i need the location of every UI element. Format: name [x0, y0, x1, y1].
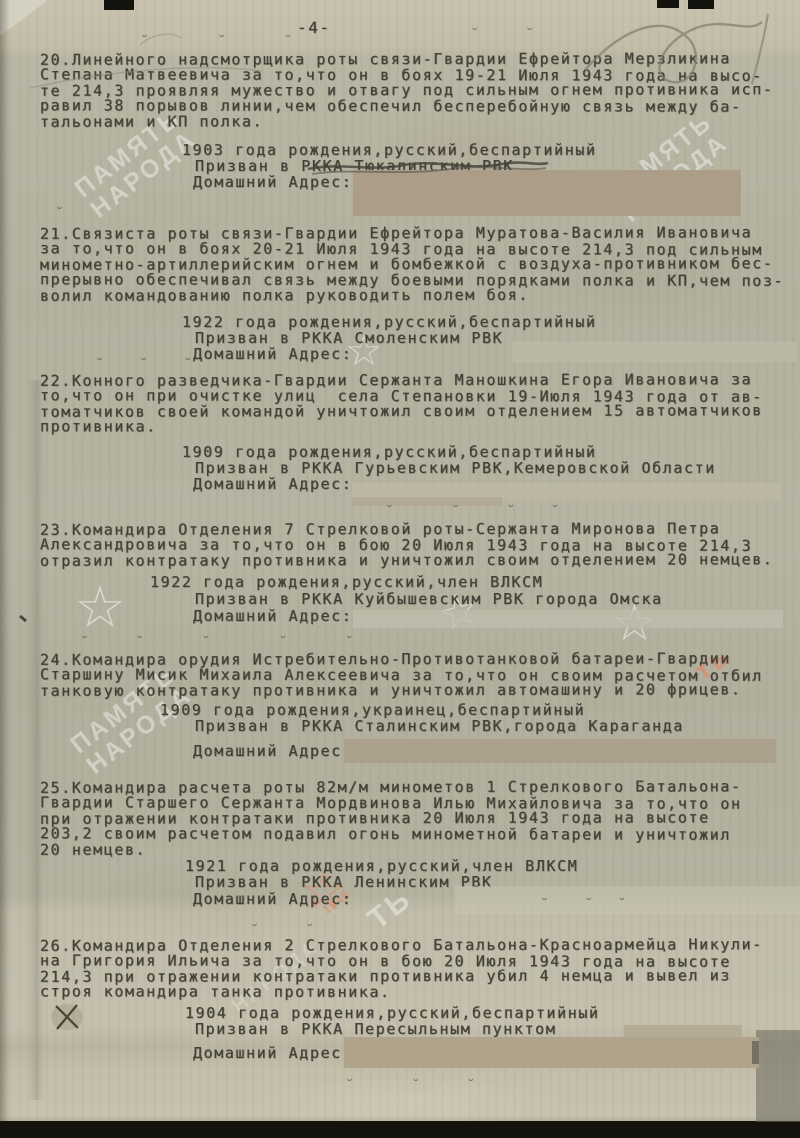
- entry-line: тальонами и КП полка.: [40, 113, 780, 130]
- page-number: -4-: [297, 20, 331, 36]
- entry-24: 24.Командира орудия Истребительно-Против…: [40, 652, 780, 699]
- smudge-marks: ˘ ˘ ˘: [345, 1077, 477, 1095]
- entry-line: противника.: [40, 419, 780, 436]
- scan-edge-mark: [657, 0, 679, 8]
- scan-edge-mark: [104, 0, 134, 10]
- address-label: Домашний Адрес:: [193, 347, 352, 363]
- smudge-marks: ˘ ˘ ˘ ˘: [385, 503, 562, 521]
- smudge-marks: ˘ ˘ ˘: [540, 896, 628, 914]
- scanned-document-page: ПАМЯТЬ НАРОДА ПАМЯТЬ НАРОДА ПАМЯТЬ НАРОД…: [0, 0, 800, 1138]
- smudge-marks: ˘ ˘ ˘: [95, 356, 194, 374]
- smudge-marks: ˘ ˘ ˘: [140, 33, 294, 51]
- redaction-block: [624, 1025, 742, 1039]
- redaction-block: [352, 483, 780, 501]
- address-label: Домашний Адрес:: [193, 744, 352, 760]
- address-label: Домашний Адрес:: [193, 175, 352, 191]
- redaction-block: [353, 170, 741, 216]
- draft-line: Призван в РККА Куйбышевским РВК города О…: [195, 592, 663, 608]
- draft-line: Призван в РККА Пересыльным пунктом: [195, 1022, 556, 1038]
- entry-20: 20.Линейного надсмотрщика роты связи-Гва…: [40, 52, 780, 130]
- watermark-line: НАРОДА: [86, 125, 201, 223]
- bottom-scan-edge: [0, 1121, 800, 1138]
- smudge-marks: ˘ ˘ ˘ ˘ ˘: [80, 634, 356, 652]
- entry-22: 22.Конного разведчика-Гвардии Сержанта М…: [40, 373, 780, 435]
- birth-line: 1922 года рождения,русский,член ВЛКСМ: [150, 575, 543, 591]
- draft-line: Призван в РККА Сталинским РВК,города Кар…: [195, 719, 684, 735]
- entry-line: отразил контратаку противника и уничтожи…: [40, 552, 780, 569]
- address-label: Домашний Адрес:: [193, 477, 352, 493]
- entry-line: строя командира танка противника.: [40, 984, 780, 1001]
- redaction-block: [512, 342, 797, 362]
- entry-line: 20 немцев.: [40, 841, 780, 858]
- smudge-marks: ˘ ˘: [250, 922, 316, 940]
- bottom-right-shadow: [756, 1030, 800, 1122]
- entry-line: 203,2 своим расчетом подавил огонь мином…: [40, 826, 780, 843]
- left-paper-edge: [0, 0, 10, 1138]
- star-watermark-icon: ☆: [74, 578, 126, 636]
- redaction-block: [344, 739, 776, 763]
- redaction-block: [344, 1037, 759, 1068]
- address-label: Домашний Адрес:: [193, 609, 352, 625]
- smudge-marks: ˘: [55, 205, 66, 223]
- redaction-block: [353, 610, 783, 628]
- entry-21: 21.Связиста роты связи-Гвардии Ефрейтора…: [40, 226, 780, 304]
- entry-26: 26.Командира Отделения 2 Стрелкового Бат…: [40, 938, 780, 1000]
- watermark-line: НАРОДА: [618, 129, 733, 227]
- scan-edge-mark: [688, 0, 714, 9]
- entry-line: волил командованию полка руководить поле…: [40, 287, 780, 304]
- address-label: Домашний Адрес:: [193, 1046, 352, 1062]
- entry-25: 25.Командира расчета роты 82м/м миномето…: [40, 780, 780, 858]
- draft-line: Призван в РККА Ленинским РВК: [195, 875, 493, 891]
- entry-23: 23.Командира Отделения 7 Стрелковой роты…: [40, 522, 780, 569]
- address-label: Домашний Адрес:: [193, 892, 352, 908]
- entry-line: танковую контратаку противника и уничтож…: [40, 682, 780, 699]
- smudge-marks: ˘ ˘: [470, 26, 536, 44]
